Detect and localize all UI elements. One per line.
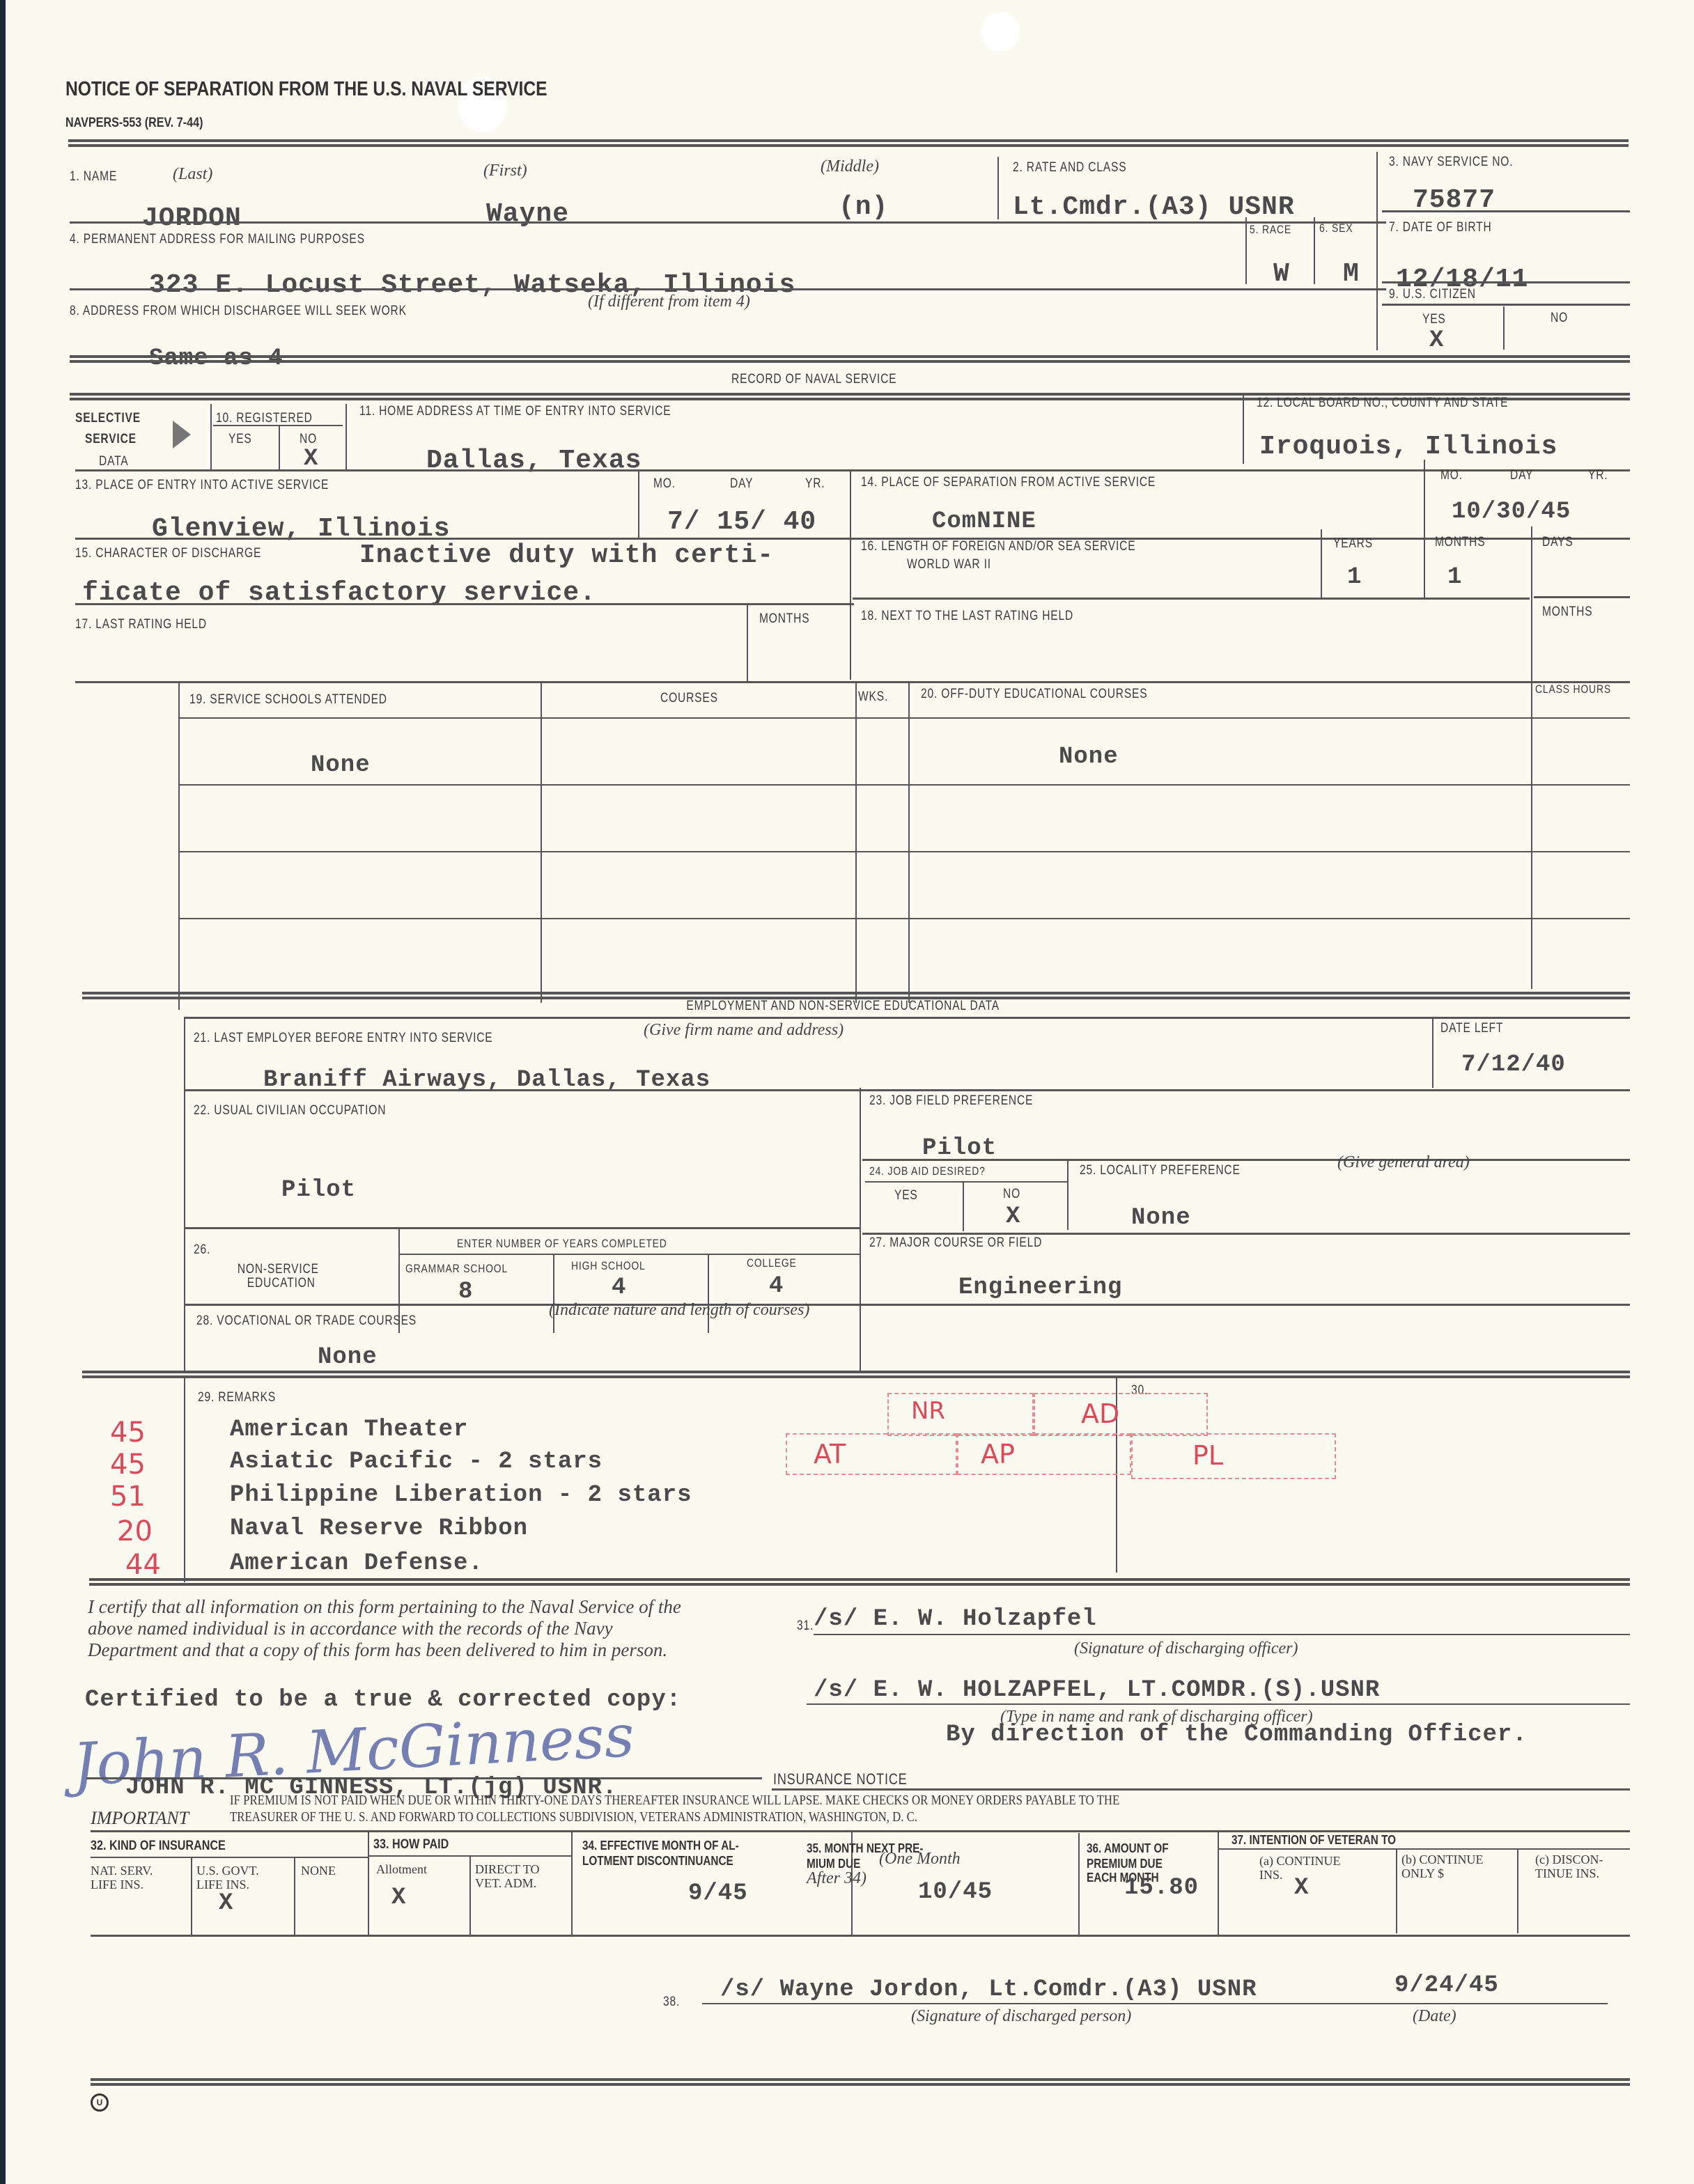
divider	[638, 471, 639, 538]
divider	[853, 598, 1530, 600]
none-label: NONE	[301, 1864, 336, 1878]
item25-hint: (Give general area)	[1337, 1153, 1470, 1172]
pointer-arrow-icon	[173, 421, 191, 448]
job-field-value: Pilot	[922, 1135, 997, 1162]
item18-label: 18. NEXT TO THE LAST RATING HELD	[861, 609, 1073, 624]
employment-section-header: EMPLOYMENT AND NON-SERVICE EDUCATIONAL D…	[686, 999, 1000, 1014]
usgli-label: U.S. GOVT. LIFE INS.	[196, 1864, 280, 1891]
item26-label: 26.	[194, 1242, 210, 1258]
courses-label: COURSES	[660, 691, 718, 706]
last-name-value: JORDON	[142, 203, 242, 233]
divider	[91, 2078, 1630, 2086]
college-years-value: 4	[769, 1273, 784, 1300]
middle-name-value: (n)	[839, 192, 888, 222]
major-field-value: Engineering	[958, 1274, 1122, 1301]
remark-text: Philippine Liberation - 2 stars	[230, 1482, 692, 1508]
divider	[184, 1227, 860, 1229]
separation-place-value: ComNINE	[932, 508, 1036, 535]
remark-code: 44	[125, 1549, 161, 1581]
registered-yes-label: YES	[228, 432, 252, 447]
divider	[1078, 1833, 1080, 1935]
divider	[1245, 217, 1247, 284]
ribbon-code: AD	[1081, 1398, 1119, 1429]
discharge-character-value: Inactive duty with certi-	[359, 540, 774, 570]
divider	[184, 1304, 1630, 1306]
divider	[865, 1181, 1067, 1183]
off-duty-courses-value: None	[1059, 744, 1119, 770]
grid-line	[180, 918, 1630, 919]
citizen-yes-label: YES	[1422, 312, 1446, 327]
divider	[1243, 394, 1244, 464]
divider	[862, 1233, 1630, 1235]
divider	[997, 157, 999, 219]
divider	[368, 1832, 369, 1936]
item36-label: 36. AMOUNT OF	[1087, 1841, 1169, 1856]
continue-ins-label: (a) CONTINUE INS.	[1259, 1854, 1364, 1882]
last-name-hint: (Last)	[173, 165, 212, 184]
divider	[184, 1018, 185, 1373]
allotment-discontinuance-value: 9/45	[688, 1880, 748, 1907]
separation-yr-label: YR.	[1588, 468, 1608, 483]
grammar-years-value: 8	[458, 1279, 473, 1305]
remark-code: 51	[110, 1481, 146, 1513]
item20-label: 20. OFF-DUTY EDUCATIONAL COURSES	[921, 687, 1147, 702]
item35-hint: After 34)	[807, 1869, 867, 1888]
rate-class-value: Lt.Cmdr.(A3) USNR	[1013, 192, 1295, 222]
divider	[1067, 1160, 1069, 1230]
item31-label: 31.	[797, 1618, 814, 1634]
locality-value: None	[1131, 1205, 1191, 1231]
divider	[862, 1159, 1630, 1161]
certification-text: I certify that all information on this f…	[88, 1596, 701, 1661]
item25-label: 25. LOCALITY PREFERENCE	[1080, 1163, 1241, 1178]
continue-ins-mark: X	[1294, 1875, 1309, 1901]
item15-label: 15. CHARACTER OF DISCHARGE	[75, 546, 261, 561]
months-label: MONTHS	[1435, 535, 1485, 550]
date-left-label: DATE LEFT	[1440, 1021, 1503, 1036]
record-section-header: RECORD OF NAVAL SERVICE	[731, 372, 896, 387]
item24-label: 24. JOB AID DESIRED?	[869, 1164, 986, 1178]
separation-date-value: 10/30/45	[1452, 499, 1571, 525]
form-title: NOTICE OF SEPARATION FROM THE U.S. NAVAL…	[65, 78, 547, 101]
divider	[908, 682, 910, 1003]
entry-date-value: 7/ 15/ 40	[667, 507, 816, 537]
divider	[807, 1703, 1630, 1705]
sex-value: M	[1343, 259, 1360, 289]
college-label: COLLEGE	[747, 1256, 797, 1270]
divider	[279, 426, 280, 469]
divider	[82, 1371, 1630, 1378]
divider	[1376, 152, 1378, 350]
remark-text: Asiatic Pacific - 2 stars	[230, 1449, 603, 1475]
next-premium-month-value: 10/45	[918, 1879, 993, 1905]
divider	[1424, 529, 1425, 598]
divider	[184, 1089, 1630, 1091]
item1-label: 1. NAME	[70, 169, 117, 185]
remark-code: 45	[110, 1417, 146, 1449]
divider	[70, 355, 1630, 363]
item38-label: 38.	[663, 1995, 680, 2010]
civilian-occupation-value: Pilot	[281, 1177, 356, 1203]
citizen-yes-mark: X	[1429, 327, 1444, 354]
divider	[75, 469, 1630, 471]
divider	[708, 1254, 709, 1333]
discontinue-label: (c) DISCON- TINUE INS.	[1535, 1852, 1626, 1880]
item19-label: 19. SERVICE SCHOOLS ATTENDED	[189, 692, 387, 708]
signature-caption: (Signature of discharged person)	[911, 2007, 1131, 2026]
divider	[814, 1634, 1630, 1635]
item8-hint: (If different from item 4)	[588, 292, 750, 311]
item28-label: 28. VOCATIONAL OR TRADE COURSES	[196, 1313, 417, 1329]
remark-text: American Theater	[230, 1417, 468, 1443]
sea-service-years-value: 1	[1347, 564, 1362, 591]
registered-no-label: NO	[300, 432, 317, 447]
important-label: IMPORTANT	[91, 1808, 189, 1829]
divider	[571, 1832, 573, 1935]
item22-label: 22. USUAL CIVILIAN OCCUPATION	[194, 1103, 386, 1118]
divider	[541, 682, 542, 1003]
ribbon-code: PL	[1192, 1440, 1223, 1471]
separation-day-label: DAY	[1510, 468, 1533, 483]
divider	[1382, 281, 1630, 283]
years-completed-header: ENTER NUMBER OF YEARS COMPLETED	[457, 1237, 667, 1251]
divider	[184, 1017, 1630, 1019]
divider	[178, 682, 180, 1010]
union-label-icon: U	[91, 2093, 109, 2112]
local-board-value: Iroquois, Illinois	[1259, 432, 1557, 462]
divider	[68, 139, 1629, 147]
divider	[1396, 1850, 1397, 1933]
divider	[345, 404, 347, 469]
item35-hint: (One Month	[879, 1850, 961, 1869]
item12-label: 12. LOCAL BOARD NO., COUNTY AND STATE	[1257, 396, 1508, 411]
allotment-label: Allotment	[376, 1862, 427, 1877]
high-years-value: 4	[612, 1274, 626, 1301]
divider	[75, 603, 854, 605]
vocational-value: None	[318, 1344, 378, 1371]
ribbon-box	[1131, 1433, 1336, 1479]
date-left-value: 7/12/40	[1461, 1052, 1566, 1078]
divider	[1534, 596, 1630, 598]
item28-hint: (Indicate nature and length of courses)	[549, 1301, 809, 1320]
item16-label: WORLD WAR II	[907, 557, 991, 572]
divider	[469, 1857, 471, 1936]
registered-no-mark: X	[304, 446, 318, 472]
item11-label: 11. HOME ADDRESS AT TIME OF ENTRY INTO S…	[359, 404, 671, 419]
divider	[1503, 306, 1505, 350]
entry-mo-label: MO.	[653, 476, 676, 492]
middle-name-hint: (Middle)	[821, 157, 879, 176]
item26-sub: EDUCATION	[247, 1276, 316, 1291]
selective-label: SERVICE	[85, 432, 137, 447]
ribbon-code: AP	[981, 1439, 1015, 1469]
class-hours-label: CLASS HOURS	[1535, 682, 1611, 696]
days-label: DAYS	[1542, 535, 1573, 550]
divider	[75, 681, 1630, 683]
item3-label: 3. NAVY SERVICE NO.	[1389, 155, 1513, 170]
divider	[553, 1254, 554, 1333]
item34-label: LOTMENT DISCONTINUANCE	[582, 1854, 733, 1869]
grid-line	[180, 851, 1630, 852]
separation-notice-document: NOTICE OF SEPARATION FROM THE U.S. NAVAL…	[6, 0, 1694, 2184]
divider	[213, 425, 343, 426]
entry-yr-label: YR.	[805, 476, 825, 492]
item21-hint: (Give firm name and address)	[644, 1021, 844, 1040]
divider	[91, 1935, 1630, 1937]
ribbon-box	[786, 1433, 957, 1475]
item33-label: 33. HOW PAID	[373, 1837, 449, 1852]
item23-label: 23. JOB FIELD PREFERENCE	[869, 1093, 1033, 1109]
item32-label: 32. KIND OF INSURANCE	[91, 1839, 226, 1854]
direct-label: DIRECT TO VET. ADM.	[475, 1862, 566, 1890]
discharged-person-signature: /s/ Wayne Jordon, Lt.Comdr.(A3) USNR	[720, 1976, 1257, 2003]
date-caption: (Date)	[1413, 2007, 1456, 2026]
item10-label: 10. REGISTERED	[216, 411, 313, 426]
sea-service-months-value: 1	[1447, 564, 1462, 591]
divider	[702, 2003, 1608, 2004]
selective-label: DATA	[99, 454, 129, 469]
item5-label: 5. RACE	[1250, 223, 1291, 237]
usgli-mark: X	[219, 1890, 233, 1917]
citizen-no-label: NO	[1551, 311, 1568, 326]
divider	[772, 1788, 1630, 1791]
divider	[70, 288, 1386, 290]
divider	[1314, 217, 1315, 284]
divider	[70, 221, 1386, 224]
item18-months-label: MONTHS	[1542, 604, 1592, 620]
separation-mo-label: MO.	[1440, 468, 1463, 483]
punch-hole	[981, 13, 1020, 52]
divider	[191, 1858, 192, 1936]
divider	[860, 1088, 861, 1373]
first-name-value: Wayne	[486, 199, 569, 229]
selective-label: SELECTIVE	[75, 411, 141, 426]
signature-date-value: 9/24/45	[1394, 1972, 1499, 1999]
job-aid-no-label: NO	[1003, 1187, 1020, 1202]
grid-line	[180, 717, 1630, 719]
item34-label: 34. EFFECTIVE MONTH OF AL-	[582, 1839, 739, 1853]
divider	[91, 1857, 368, 1858]
insurance-section-header: INSURANCE NOTICE	[773, 1770, 908, 1788]
divider	[963, 1183, 964, 1231]
item27-label: 27. MAJOR COURSE OR FIELD	[869, 1235, 1042, 1251]
remark-text: Naval Reserve Ribbon	[230, 1515, 528, 1542]
divider	[1531, 682, 1532, 989]
premium-amount-value: 15.80	[1124, 1875, 1199, 1901]
remark-text: American Defense.	[230, 1550, 483, 1577]
item2-label: 2. RATE AND CLASS	[1013, 160, 1126, 175]
divider	[850, 471, 851, 680]
ribbon-code: AT	[814, 1439, 846, 1469]
nsli-label: NAT. SERV. LIFE INS.	[91, 1864, 174, 1891]
item17-label: 17. LAST RATING HELD	[75, 617, 207, 632]
job-aid-no-mark: X	[1006, 1203, 1020, 1230]
divider	[89, 1578, 1630, 1586]
divider	[210, 404, 212, 469]
item14-label: 14. PLACE OF SEPARATION FROM ACTIVE SERV…	[861, 475, 1156, 490]
item9-label: 9. U.S. CITIZEN	[1389, 287, 1476, 302]
item17-months-label: MONTHS	[759, 611, 809, 627]
remark-code: 20	[117, 1515, 153, 1547]
item4-label: 4. PERMANENT ADDRESS FOR MAILING PURPOSE…	[70, 232, 365, 247]
ribbon-box	[887, 1393, 1034, 1436]
wks-label: WKS.	[858, 689, 888, 705]
insurance-notice-text: IF PREMIUM IS NOT PAID WHEN DUE OR WITHI…	[230, 1793, 1119, 1809]
divider	[1432, 1018, 1433, 1088]
item29-label: 29. REMARKS	[198, 1390, 276, 1405]
divider	[1382, 304, 1630, 306]
divider	[1424, 460, 1425, 536]
entry-day-label: DAY	[730, 476, 753, 492]
divider	[1382, 210, 1630, 212]
insurance-notice-text: TREASURER OF THE U. S. AND FORWARD TO CO…	[230, 1809, 917, 1825]
divider	[91, 1830, 1630, 1832]
divider	[855, 682, 857, 1003]
ribbon-code: NR	[911, 1397, 945, 1425]
years-label: YEARS	[1333, 536, 1373, 552]
signature-caption: (Signature of discharging officer)	[1074, 1639, 1298, 1658]
item6-label: 6. SEX	[1319, 221, 1353, 235]
divider	[400, 1254, 860, 1255]
discharging-officer-typed: /s/ E. W. HOLZAPFEL, LT.COMDR.(S).USNR	[814, 1677, 1380, 1703]
service-schools-value: None	[311, 752, 371, 779]
first-name-hint: (First)	[483, 162, 527, 180]
race-value: W	[1273, 259, 1290, 289]
divider	[75, 538, 1630, 540]
job-aid-yes-label: YES	[894, 1188, 918, 1203]
item13-label: 13. PLACE OF ENTRY INTO ACTIVE SERVICE	[75, 478, 329, 493]
item26-sub: NON-SERVICE	[238, 1262, 319, 1277]
discharging-officer-signature: /s/ E. W. Holzapfel	[814, 1606, 1097, 1632]
grid-line	[180, 784, 1630, 786]
item8-label: 8. ADDRESS FROM WHICH DISCHARGEE WILL SE…	[70, 304, 407, 319]
divider	[1218, 1832, 1219, 1935]
direction-text: By direction of the Commanding Officer.	[946, 1722, 1528, 1748]
form-number: NAVPERS-553 (REV. 7-44)	[65, 116, 203, 131]
divider	[1517, 1850, 1518, 1933]
continue-only-label: (b) CONTINUE ONLY $	[1401, 1852, 1506, 1880]
divider	[1321, 529, 1322, 598]
item36-label: PREMIUM DUE	[1087, 1857, 1163, 1871]
high-school-label: HIGH SCHOOL	[571, 1259, 646, 1273]
grammar-school-label: GRAMMAR SCHOOL	[405, 1262, 508, 1276]
ribbon-box	[1034, 1393, 1208, 1436]
item7-label: 7. DATE OF BIRTH	[1389, 220, 1492, 235]
divider	[184, 1378, 185, 1582]
allotment-mark: X	[391, 1885, 406, 1911]
item21-label: 21. LAST EMPLOYER BEFORE ENTRY INTO SERV…	[194, 1031, 493, 1046]
remark-code: 45	[110, 1449, 146, 1481]
divider	[747, 604, 748, 681]
divider	[1219, 1848, 1630, 1850]
item37-label: 37. INTENTION OF VETERAN TO	[1231, 1833, 1396, 1848]
divider	[294, 1858, 295, 1936]
item16-label: 16. LENGTH OF FOREIGN AND/OR SEA SERVICE	[861, 539, 1135, 554]
